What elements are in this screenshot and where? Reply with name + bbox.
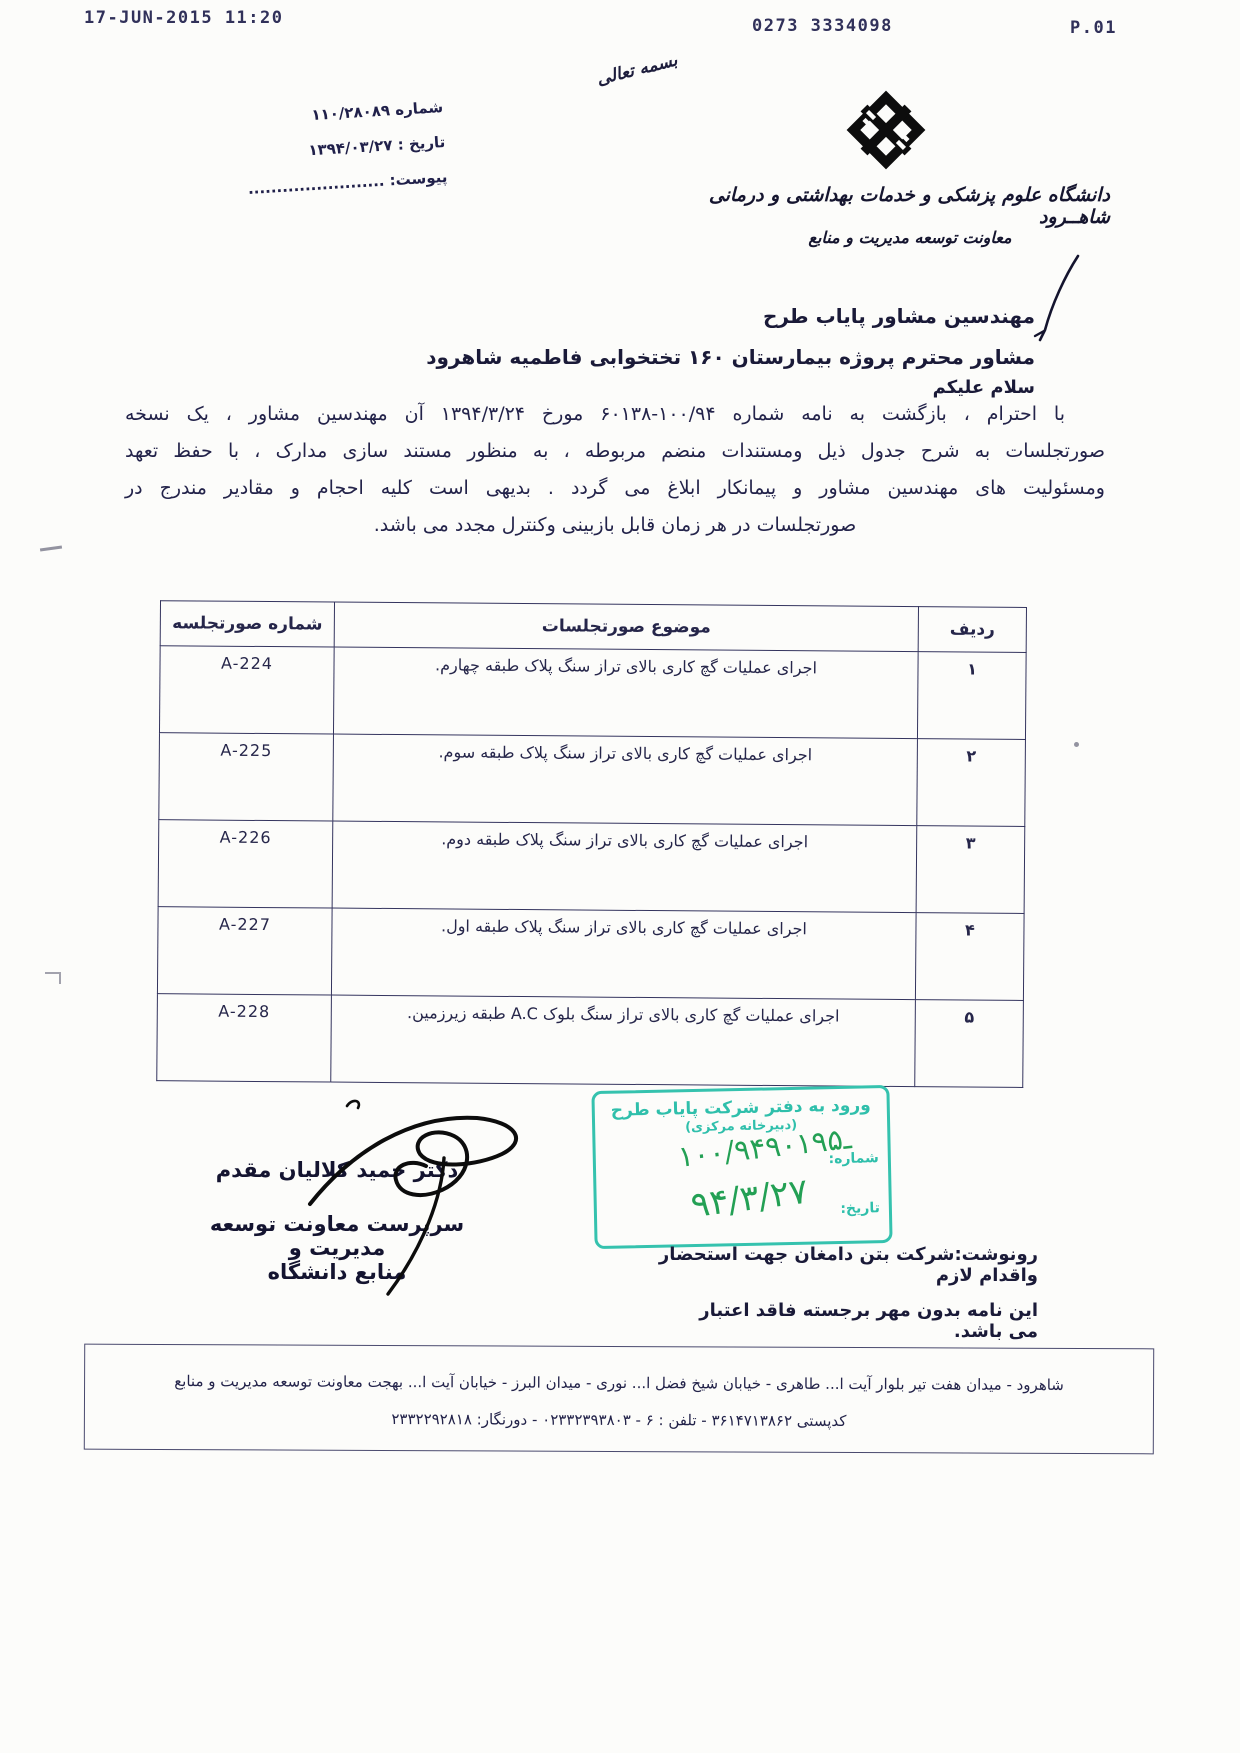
table-row: ۲ اجرای عملیات گچ کاری بالای تراز سنگ پل… — [159, 733, 1026, 827]
row-number: ۳ — [916, 826, 1025, 914]
reference-block: شماره ۱۱۰/۲۸۰۸۹ تاریخ : ۱۳۹۴/۰۳/۲۷ پیوست… — [151, 90, 449, 213]
minute-subject: اجرای عملیات گچ کاری بالای تراز سنگ پلاک… — [333, 734, 918, 826]
signature-scribble-icon — [292, 1096, 542, 1296]
bismillah-calligraphy: بسمه تعالی — [595, 50, 680, 89]
recipient-line2: مشاور محترم پروژه بیمارستان ۱۶۰ تختخوابی… — [235, 337, 1035, 378]
row-number: ۲ — [917, 739, 1026, 827]
scan-artifact — [1074, 742, 1079, 747]
scan-artifact — [40, 545, 62, 551]
row-number: ۴ — [915, 913, 1024, 1001]
footer-address: شاهرود - میدان هفت تیر بلوار آیت ا... طا… — [85, 1361, 1153, 1406]
validity-note: این نامه بدون مهر برجسته فاقد اعتبار می … — [690, 1300, 1038, 1342]
footer-address-box: شاهرود - میدان هفت تیر بلوار آیت ا... طا… — [84, 1344, 1154, 1455]
column-header-row-number: ردیف — [918, 607, 1026, 653]
column-header-subject: موضوع صورتجلسات — [334, 602, 918, 652]
minute-number: A-226 — [158, 820, 333, 908]
footer-contact: کدپستی ۳۶۱۴۷۱۳۸۶۲ - تلفن : ۶ - ۰۲۳۳۲۳۹۳۸… — [85, 1401, 1153, 1440]
column-header-minute-number: شماره صورتجلسه — [160, 601, 334, 647]
cc-note: رونوشت:شرکت بتن دامغان جهت استحضار واقدا… — [598, 1244, 1038, 1286]
row-number: ۵ — [915, 1000, 1024, 1088]
fax-page-number: P.01 — [1070, 18, 1117, 38]
recipient-line1: مهندسین مشاور پایاب طرح — [235, 296, 1035, 337]
department-name: معاونت توسعه مدیریت و منابع — [770, 228, 1050, 247]
minute-number: A-228 — [157, 994, 332, 1082]
minute-number: A-227 — [157, 907, 332, 995]
body-line: صورتجلسات در هر زمان قابل بازبینی وکنترل… — [125, 507, 1105, 544]
table-row: ۴ اجرای عملیات گچ کاری بالای تراز سنگ پل… — [157, 907, 1024, 1001]
row-number: ۱ — [917, 652, 1026, 740]
table-row: ۱ اجرای عملیات گچ کاری بالای تراز سنگ پل… — [159, 646, 1026, 740]
minute-subject: اجرای عملیات گچ کاری بالای تراز سنگ پلاک… — [332, 821, 917, 913]
body-line: با احترام ، بازگشت به نامه شماره ۱۰۰/۹۴-… — [125, 396, 1105, 433]
letter-body: با احترام ، بازگشت به نامه شماره ۱۰۰/۹۴-… — [125, 396, 1105, 544]
minute-number: A-224 — [159, 646, 334, 734]
stamp-date-label: تاریخ: — [840, 1200, 880, 1217]
university-name: دانشگاه علوم پزشکی و خدمات بهداشتی و درم… — [640, 184, 1110, 228]
body-line: ومسئولیت های مهندسین مشاور و پیمانکار اب… — [125, 470, 1105, 507]
table-row: ۳ اجرای عملیات گچ کاری بالای تراز سنگ پل… — [158, 820, 1025, 914]
table-header-row: ردیف موضوع صورتجلسات شماره صورتجلسه — [160, 601, 1026, 653]
salutation: سلام علیکم — [235, 377, 1035, 398]
body-line: صورتجلسات به شرح جدول ذیل ومستندات منضم … — [125, 433, 1105, 470]
minute-subject: اجرای عملیات گچ کاری بالای تراز سنگ پلاک… — [333, 647, 918, 739]
fax-sender-number: 0273 3334098 — [752, 16, 893, 36]
minutes-table: ردیف موضوع صورتجلسات شماره صورتجلسه ۱ اج… — [156, 600, 1027, 1088]
university-logo-icon — [842, 86, 930, 174]
minute-subject: اجرای عملیات گچ کاری بالای تراز سنگ بلوک… — [331, 995, 916, 1087]
scanned-fax-page: 17-JUN-2015 11:20 0273 3334098 P.01 شمار… — [0, 0, 1240, 1753]
recipient-block: مهندسین مشاور پایاب طرح مشاور محترم پروژ… — [235, 296, 1035, 378]
checkmark-annotation-icon — [1032, 252, 1082, 344]
minute-number: A-225 — [159, 733, 334, 821]
stamp-date-handwritten: ۹۴/۳/۲۷ — [689, 1172, 811, 1226]
table-row: ۵ اجرای عملیات گچ کاری بالای تراز سنگ بل… — [157, 994, 1024, 1088]
scan-artifact — [45, 972, 61, 984]
entry-stamp: ورود به دفتر شرکت پایاب طرح (دبیرخانه مر… — [591, 1085, 892, 1249]
minute-subject: اجرای عملیات گچ کاری بالای تراز سنگ پلاک… — [331, 908, 916, 1000]
fax-datetime: 17-JUN-2015 11:20 — [84, 8, 284, 28]
